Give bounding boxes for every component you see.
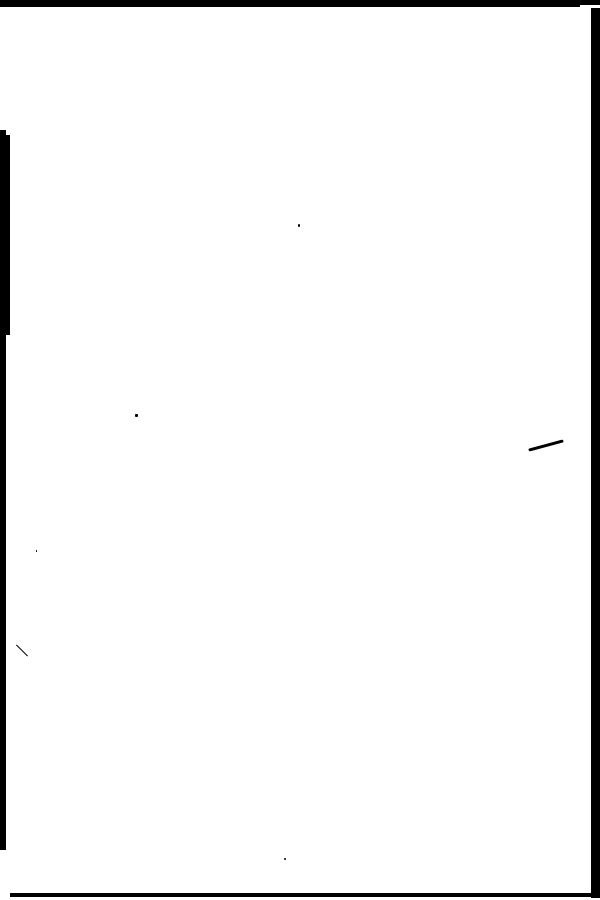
dust-speck [298, 224, 300, 227]
scanned-blank-page [0, 0, 600, 900]
scan-edge-left-shadow [0, 135, 10, 335]
scan-edge-top-inner [0, 5, 580, 7]
dust-speck [135, 414, 138, 417]
scan-mark [16, 644, 28, 656]
scan-mark [528, 439, 564, 451]
dust-speck [36, 550, 37, 552]
scan-edge-right [591, 8, 600, 898]
scan-edge-bottom [10, 893, 600, 897]
dust-speck [284, 858, 286, 860]
